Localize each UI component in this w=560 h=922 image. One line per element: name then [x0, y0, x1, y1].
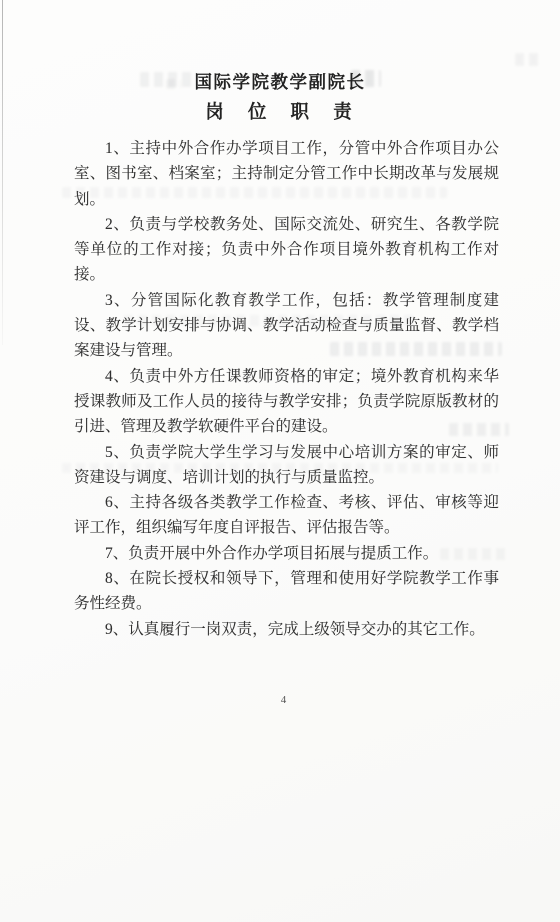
duty-item-1: 1、主持中外合作办学项目工作，分管中外合作项目办公室、图书室、档案室；主持制定分…: [74, 136, 499, 212]
page-number: 4: [0, 694, 560, 706]
duty-item-6: 6、主持各级各类教学工作检查、考核、评估、审核等迎评工作，组织编写年度自评报告、…: [74, 490, 499, 541]
duty-item-3: 3、分管国际化教育教学工作，包括：教学管理制度建设、教学计划安排与协调、教学活动…: [74, 288, 499, 364]
duty-item-2: 2、负责与学校教务处、国际交流处、研究生、各教学院等单位的工作对接；负责中外合作…: [74, 212, 499, 288]
duty-item-8: 8、在院长授权和领导下，管理和使用好学院教学工作事务性经费。: [74, 566, 499, 617]
document-title: 国际学院教学副院长: [0, 72, 560, 93]
duty-item-5: 5、负责学院大学生学习与发展中心培训方案的审定、师资建设与调度、培训计划的执行与…: [74, 440, 499, 491]
bleed-through-artifact: [515, 53, 541, 66]
scan-edge-artifact: [2, 0, 3, 345]
duty-item-4: 4、负责中外方任课教师资格的审定；境外教育机构来华授课教师及工作人员的接待与教学…: [74, 364, 499, 440]
scanned-document-page: 国际学院教学副院长 岗 位 职 责 1、主持中外合作办学项目工作，分管中外合作项…: [0, 0, 560, 922]
document-subtitle: 岗 位 职 责: [0, 101, 560, 123]
duty-item-9: 9、认真履行一岗双责，完成上级领导交办的其它工作。: [74, 617, 499, 642]
document-body: 1、主持中外合作办学项目工作，分管中外合作项目办公室、图书室、档案室；主持制定分…: [74, 136, 499, 642]
duty-item-7: 7、负责开展中外合作办学项目拓展与提质工作。: [74, 541, 499, 566]
